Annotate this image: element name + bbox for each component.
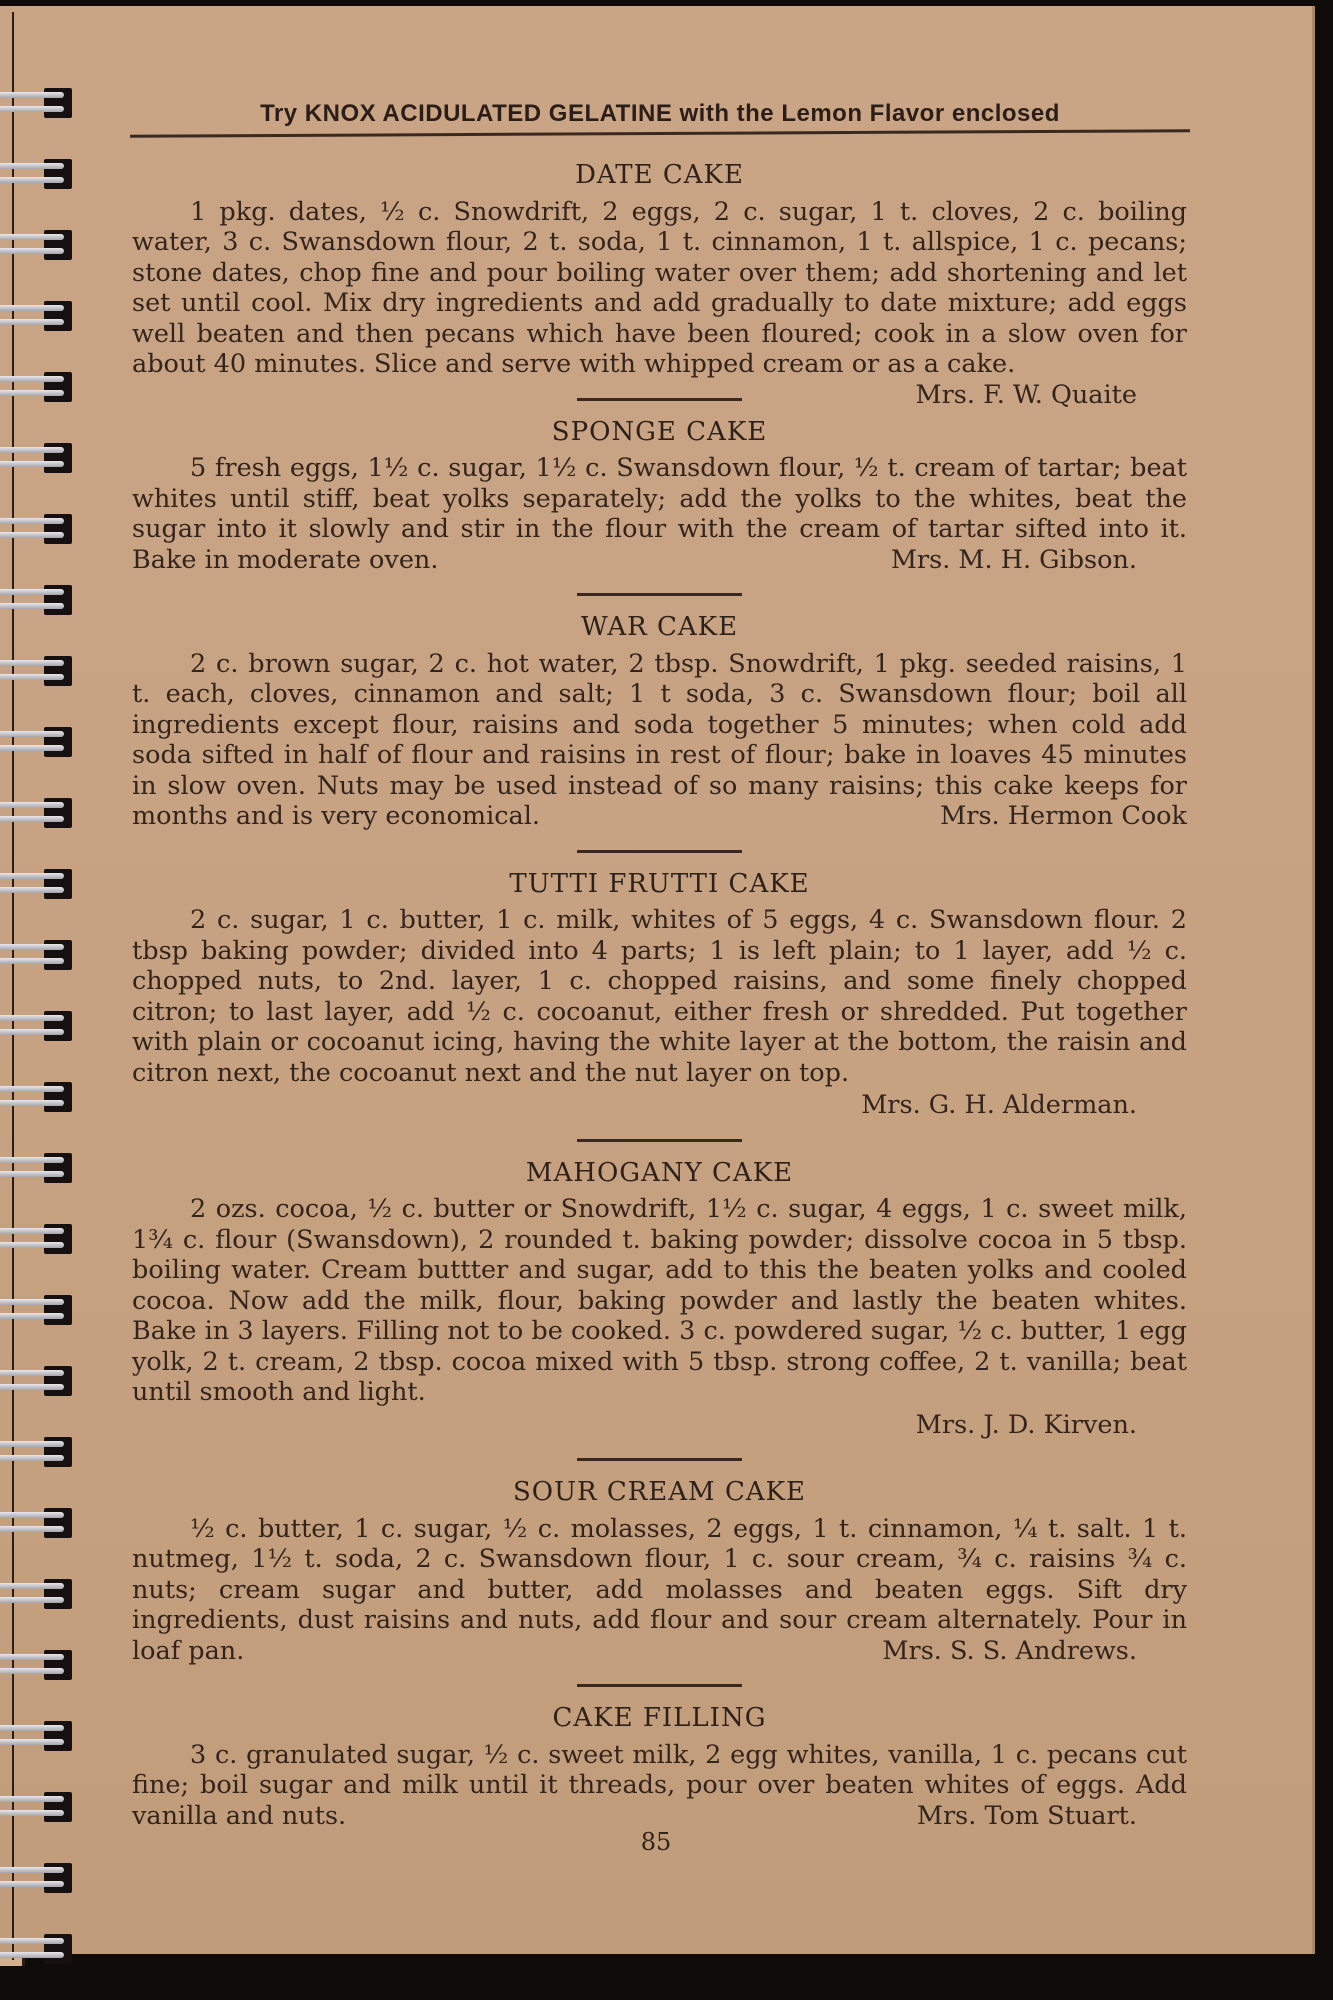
recipe-mahogany-cake: MAHOGANY CAKE 2 ozs. cocoa, ½ c. butter …	[132, 1158, 1187, 1441]
binding-ring	[0, 1364, 80, 1400]
page-number: 85	[0, 1828, 1312, 1856]
binding-ring	[0, 1790, 80, 1826]
binding-ring	[0, 370, 80, 406]
recipe-body: 3 c. granulated sugar, ½ c. sweet milk, …	[132, 1740, 1187, 1832]
binding-ring	[0, 1151, 80, 1187]
recipe-body: 1 pkg. dates, ½ c. Snowdrift, 2 eggs, 2 …	[132, 197, 1187, 380]
recipe-author: Mrs. S. S. Andrews.	[824, 1636, 1137, 1667]
recipe-tutti-frutti-cake: TUTTI FRUTTI CAKE 2 c. sugar, 1 c. butte…	[132, 869, 1187, 1121]
recipe-body: 2 c. brown sugar, 2 c. hot water, 2 tbsp…	[132, 649, 1187, 832]
recipe-divider	[577, 398, 742, 401]
binding-ring	[0, 1435, 80, 1471]
binding-ring	[0, 86, 80, 122]
binding-ring	[0, 1861, 80, 1897]
binding-ring	[0, 583, 80, 619]
recipe-title: MAHOGANY CAKE	[132, 1158, 1187, 1189]
binding-ring	[0, 796, 80, 832]
binding-ring	[0, 1222, 80, 1258]
binding-ring	[0, 654, 80, 690]
running-head: Try KNOX ACIDULATED GELATINE with the Le…	[200, 100, 1120, 128]
binding-ring	[0, 1080, 80, 1116]
recipe-divider	[577, 850, 742, 853]
binding-ring	[0, 299, 80, 335]
recipe-author: Mrs. G. H. Alderman.	[132, 1090, 1137, 1121]
binding-ring	[0, 1293, 80, 1329]
recipe-body: 5 fresh eggs, 1½ c. sugar, 1½ c. Swansdo…	[132, 453, 1187, 575]
recipe-divider	[577, 1458, 742, 1461]
binding-ring	[0, 1648, 80, 1684]
recipe-title: CAKE FILLING	[132, 1703, 1187, 1734]
binding-ring	[0, 938, 80, 974]
recipe-war-cake: WAR CAKE 2 c. brown sugar, 2 c. hot wate…	[132, 612, 1187, 832]
recipe-title: SOUR CREAM CAKE	[132, 1477, 1187, 1508]
binding-ring	[0, 1932, 80, 1968]
recipe-body: 2 ozs. cocoa, ½ c. butter or Snowdrift, …	[132, 1194, 1187, 1408]
binding-ring	[0, 157, 80, 193]
recipe-sour-cream-cake: SOUR CREAM CAKE ½ c. butter, 1 c. sugar,…	[132, 1477, 1187, 1666]
spiral-binding	[0, 0, 80, 2000]
binding-ring	[0, 1719, 80, 1755]
binding-ring	[0, 725, 80, 761]
recipe-author: Mrs. Hermon Cook	[882, 801, 1187, 832]
recipe-body: ½ c. butter, 1 c. sugar, ½ c. molasses, …	[132, 1514, 1187, 1667]
recipe-author: Mrs. F. W. Quaite	[857, 380, 1137, 411]
binding-ring	[0, 228, 80, 264]
recipe-date-cake: DATE CAKE 1 pkg. dates, ½ c. Snowdrift, …	[132, 160, 1187, 380]
recipe-title: SPONGE CAKE	[132, 417, 1187, 448]
binding-ring	[0, 867, 80, 903]
recipe-cake-filling: CAKE FILLING 3 c. granulated sugar, ½ c.…	[132, 1703, 1187, 1831]
recipe-divider	[577, 1139, 742, 1142]
recipe-sponge-cake: SPONGE CAKE 5 fresh eggs, 1½ c. sugar, 1…	[132, 417, 1187, 576]
recipe-title: DATE CAKE	[132, 160, 1187, 191]
binding-ring	[0, 1506, 80, 1542]
recipe-title: WAR CAKE	[132, 612, 1187, 643]
binding-ring	[0, 1577, 80, 1613]
recipe-divider	[577, 1684, 742, 1687]
binding-ring	[0, 441, 80, 477]
recipe-author: Mrs. J. D. Kirven.	[132, 1410, 1137, 1441]
recipe-title: TUTTI FRUTTI CAKE	[132, 869, 1187, 900]
binding-ring	[0, 1009, 80, 1045]
recipe-author: Mrs. Tom Stuart.	[859, 1801, 1137, 1832]
recipe-author: Mrs. M. H. Gibson.	[833, 545, 1137, 576]
recipe-column: DATE CAKE 1 pkg. dates, ½ c. Snowdrift, …	[132, 160, 1187, 1831]
binding-ring	[0, 512, 80, 548]
recipe-divider	[577, 593, 742, 596]
recipe-body: 2 c. sugar, 1 c. butter, 1 c. milk, whit…	[132, 905, 1187, 1088]
